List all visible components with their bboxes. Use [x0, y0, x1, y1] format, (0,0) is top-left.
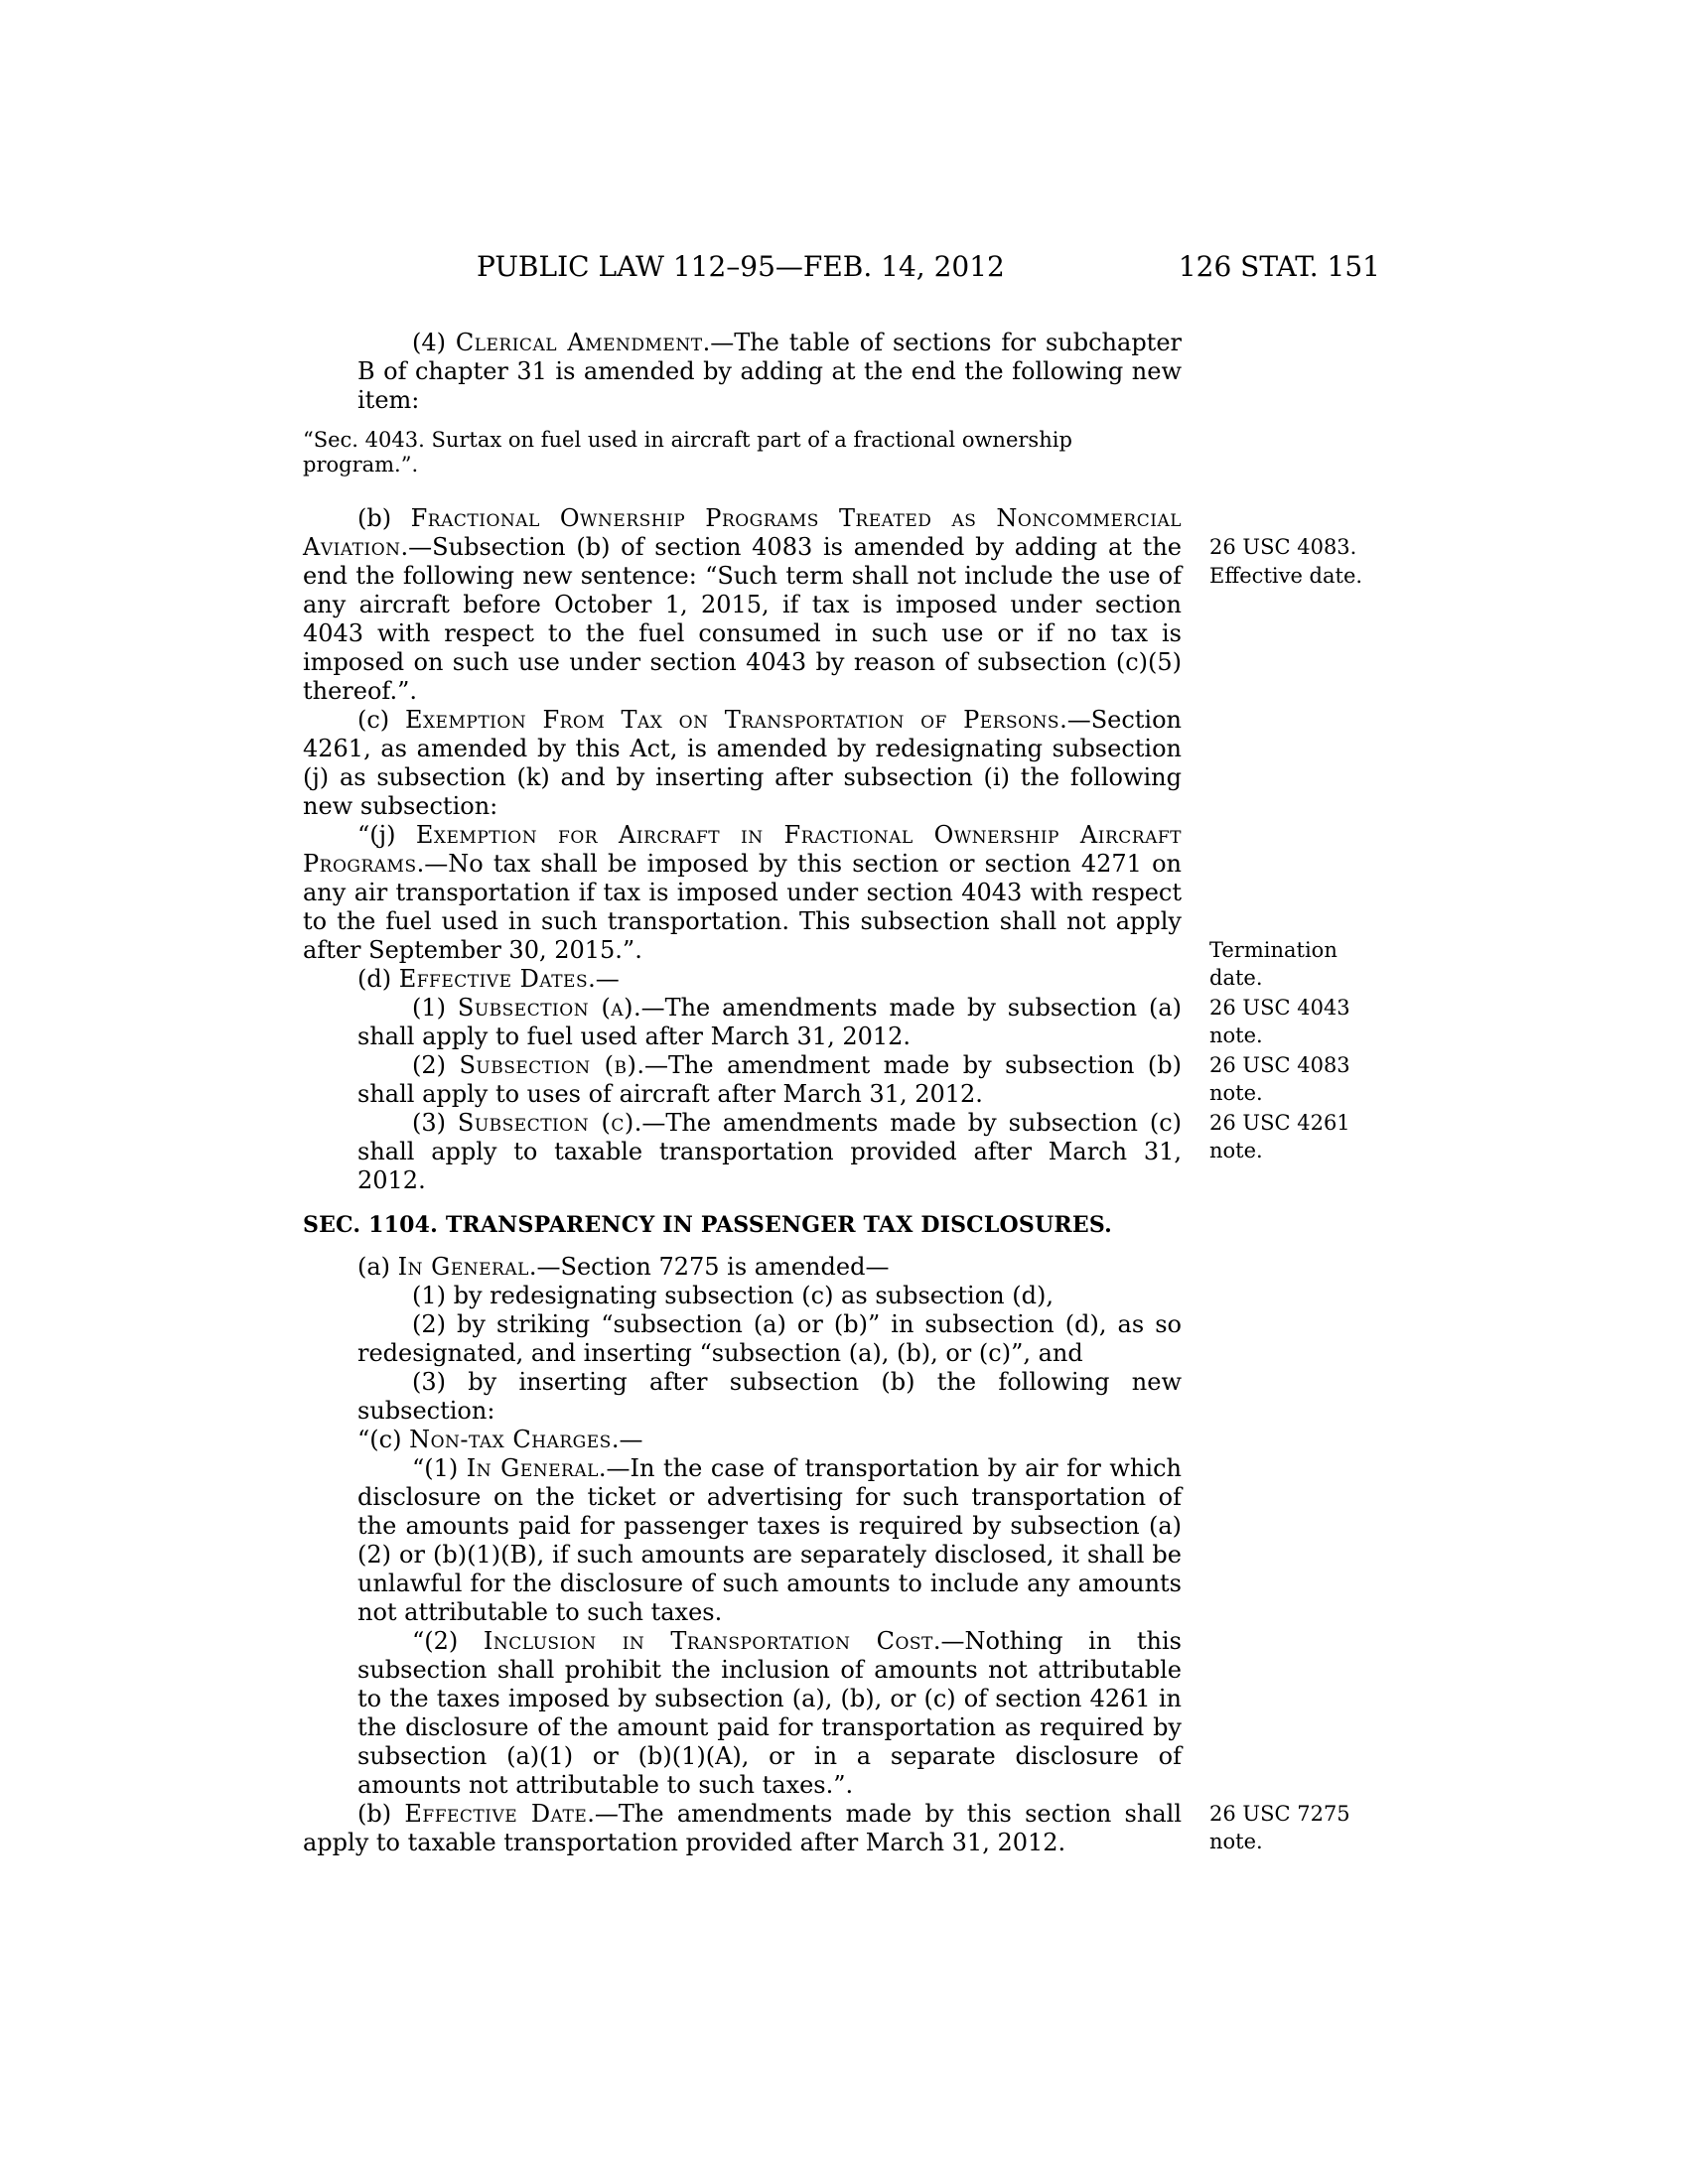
margin-note: 26 USC 4083 note. — [1209, 1051, 1383, 1107]
paragraph-2-striking: (2) by striking “subsection (a) or (b)” … — [357, 1310, 1182, 1368]
text-run: .—Section 7275 is amended— — [529, 1253, 890, 1281]
small-caps-run: Inclusion in Transportation Cost — [484, 1627, 933, 1655]
paragraph-1-subsection-a: (1) Subsection (a).—The amendments made … — [357, 994, 1182, 1051]
text-run: .—No tax shall be imposed by this sectio… — [303, 850, 1182, 964]
text-run: (2) — [412, 1051, 459, 1079]
subsection-b-effective-date: (b) Effective Date.—The amendments made … — [303, 1800, 1182, 1857]
text-run: “(2) — [412, 1627, 484, 1655]
text-run: “(c) — [357, 1426, 409, 1453]
page: PUBLIC LAW 112–95—FEB. 14, 2012 126 STAT… — [0, 0, 1688, 2184]
section-1104-heading: SEC. 1104. TRANSPARENCY IN PASSENGER TAX… — [303, 1211, 1182, 1239]
header-law-title: PUBLIC LAW 112–95—FEB. 14, 2012 — [303, 250, 1179, 283]
subsection-a-in-general: (a) In General.—Section 7275 is amended— — [303, 1253, 1182, 1282]
document-body: (4) Clerical Amendment.—The table of sec… — [303, 329, 1182, 1857]
margin-note: 26 USC 4261 note. — [1209, 1109, 1383, 1164]
paragraph-2-subsection-b: (2) Subsection (b).—The amendment made b… — [357, 1051, 1182, 1109]
margin-note: 26 USC 7275 note. — [1209, 1800, 1383, 1855]
small-caps-run: In General — [467, 1454, 599, 1482]
quoted-paragraph-1-in-general: “(1) In General.—In the case of transpor… — [357, 1454, 1182, 1627]
text-run: “(j) — [357, 821, 416, 849]
small-caps-run: Non-tax Charges — [409, 1426, 612, 1453]
text-run: .—Subsection (b) of section 4083 is amen… — [303, 533, 1182, 705]
text-run: (c) — [357, 706, 405, 734]
margin-note: 26 USC 4043 note. — [1209, 994, 1383, 1049]
text-run: (3) by inserting after subsection (b) th… — [357, 1368, 1182, 1425]
paragraph-1-redesignating: (1) by redesignating subsection (c) as s… — [357, 1282, 1182, 1310]
subsection-d-effective-dates: (d) Effective Dates.— — [303, 965, 1182, 994]
small-caps-run: Subsection (a) — [458, 994, 633, 1022]
quoted-subsection-c-non-tax-charges: “(c) Non-tax Charges.— — [303, 1426, 1182, 1454]
small-caps-run: Effective Date — [404, 1800, 587, 1828]
content: PUBLIC LAW 112–95—FEB. 14, 2012 126 STAT… — [303, 250, 1380, 1857]
text-run: (4) — [412, 329, 456, 356]
text-run: (2) by striking “subsection (a) or (b)” … — [357, 1310, 1182, 1367]
margin-note: 26 USC 4083. — [1209, 533, 1383, 561]
quoted-subsection-j-exemption: “(j) Exemption for Aircraft in Fractiona… — [303, 821, 1182, 965]
paragraph-3-subsection-c: (3) Subsection (c).—The amendments made … — [357, 1109, 1182, 1195]
quoted-paragraph-2-inclusion: “(2) Inclusion in Transportation Cost.—N… — [357, 1627, 1182, 1800]
small-caps-run: In General — [398, 1253, 529, 1281]
text-run: (3) — [412, 1109, 458, 1137]
text-run: (d) — [357, 965, 399, 993]
small-caps-run: Subsection (b) — [459, 1051, 636, 1079]
text-run: (1) by redesignating subsection (c) as s… — [412, 1282, 1054, 1309]
text-run: .— — [612, 1426, 643, 1453]
small-caps-run: Subsection (c) — [458, 1109, 634, 1137]
small-caps-run: Exemption From Tax on Transportation of … — [405, 706, 1059, 734]
paragraph-3-inserting: (3) by inserting after subsection (b) th… — [357, 1368, 1182, 1426]
text-run: (b) — [357, 504, 411, 532]
margin-note: Effective date. — [1209, 562, 1383, 590]
text-run: (1) — [412, 994, 458, 1022]
paragraph-4-clerical-amendment: (4) Clerical Amendment.—The table of sec… — [357, 329, 1182, 415]
small-caps-run: Clerical Amendment — [456, 329, 703, 356]
page-header: PUBLIC LAW 112–95—FEB. 14, 2012 126 STAT… — [303, 250, 1380, 283]
text-run: .— — [588, 965, 620, 993]
margin-note: Termination date. — [1209, 936, 1383, 992]
text-run: (a) — [357, 1253, 398, 1281]
subsection-b-fractional-ownership: (b) Fractional Ownership Programs Treate… — [303, 504, 1182, 706]
small-caps-run: Effective Dates — [399, 965, 588, 993]
text-run: “(1) — [412, 1454, 467, 1482]
header-stat-citation: 126 STAT. 151 — [1179, 250, 1380, 283]
table-of-sections-entry: “Sec. 4043. Surtax on fuel used in aircr… — [303, 428, 1182, 478]
subsection-c-exemption-from-tax: (c) Exemption From Tax on Transportation… — [303, 706, 1182, 821]
text-run: (b) — [357, 1800, 404, 1828]
